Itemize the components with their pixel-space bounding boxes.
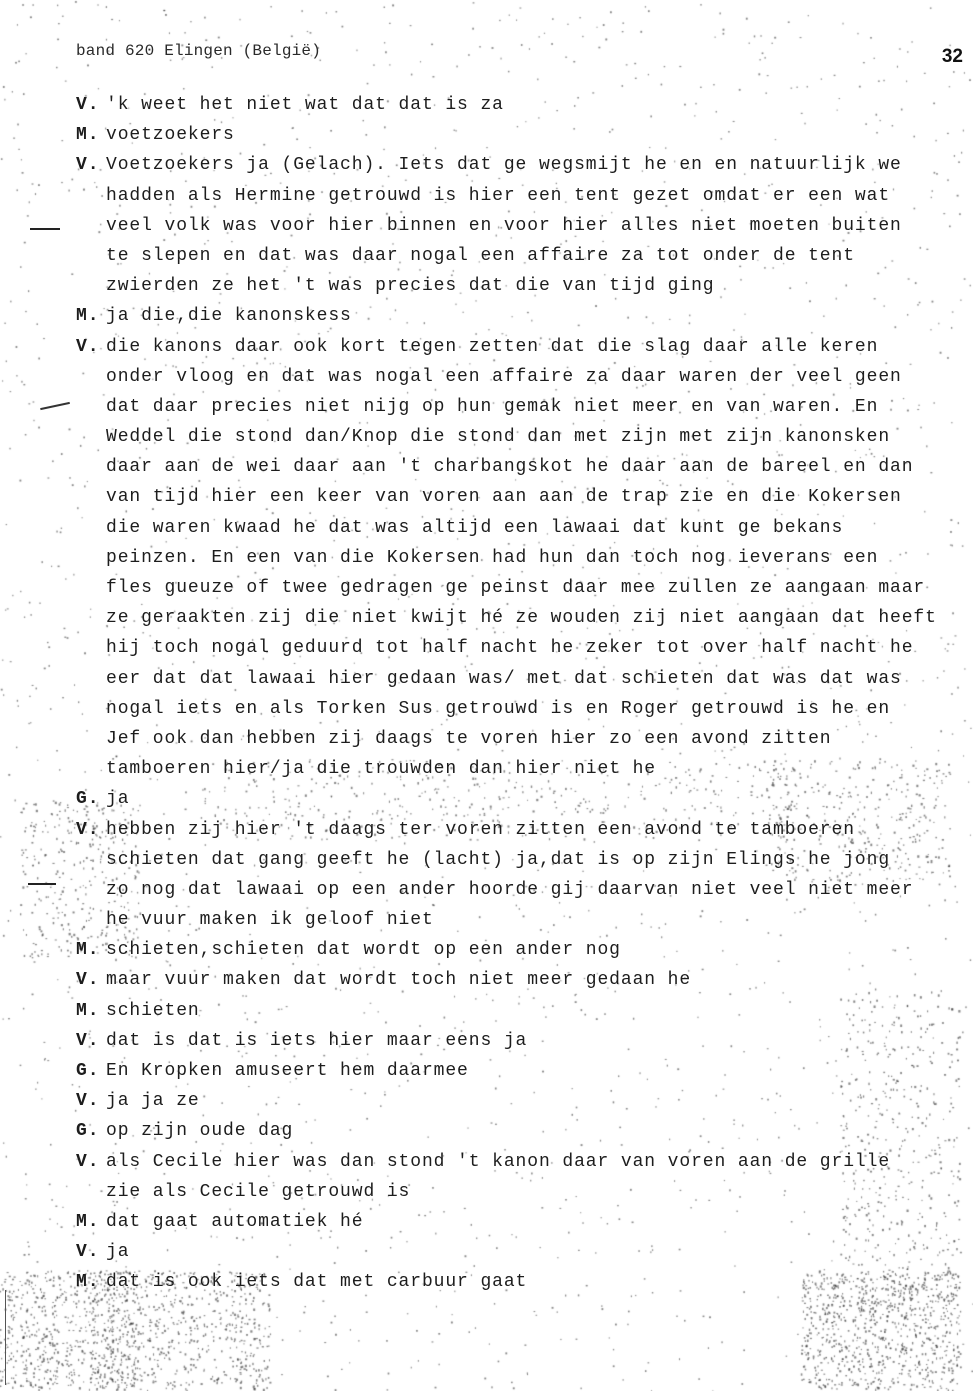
utterance-text: schieten bbox=[106, 1001, 200, 1021]
transcript-line: eer dat dat lawaai hier gedaan was/ met … bbox=[76, 664, 973, 694]
utterance-text: Jef ook dan hebben zij daags te voren hi… bbox=[106, 729, 832, 749]
utterance-text: hadden als Hermine getrouwd is hier een … bbox=[106, 186, 890, 206]
utterance-text: schieten dat gang geeft he (lacht) ja,da… bbox=[106, 850, 890, 870]
transcript-line: G.op zijn oude dag bbox=[76, 1116, 973, 1146]
utterance-text: 'k weet het niet wat dat dat is za bbox=[106, 95, 504, 115]
utterance-text: die kanons daar ook kort tegen zetten da… bbox=[106, 337, 878, 357]
utterance-text: ja die,die kanonskess bbox=[106, 306, 352, 326]
utterance-text: daar aan de wei daar aan 't charbangskot… bbox=[106, 457, 913, 477]
margin-mark bbox=[28, 883, 56, 885]
speaker-label: V. bbox=[76, 332, 106, 362]
transcript-page: band 620 Elingen (België) 32 V.'k weet h… bbox=[0, 0, 973, 1391]
utterance-text: he vuur maken ik geloof niet bbox=[106, 910, 434, 930]
utterance-text: onder vloog en dat was nogal een affaire… bbox=[106, 367, 902, 387]
transcript-line: fles gueuze of twee gedragen ge peinst d… bbox=[76, 573, 973, 603]
transcript-line: M.dat gaat automatiek hé bbox=[76, 1207, 973, 1237]
utterance-text: dat is ook iets dat met carbuur gaat bbox=[106, 1272, 527, 1292]
transcript-line: V.hebben zij hier 't daags ter voren zit… bbox=[76, 815, 973, 845]
utterance-text: maar vuur maken dat wordt toch niet meer… bbox=[106, 970, 691, 990]
utterance-text: ja bbox=[106, 1242, 129, 1262]
transcript-line: M.voetzoekers bbox=[76, 120, 973, 150]
utterance-text: veel volk was voor hier binnen en voor h… bbox=[106, 216, 902, 236]
transcript-line: V.Voetzoekers ja (Gelach). Iets dat ge w… bbox=[76, 150, 973, 180]
utterance-text: ja ja ze bbox=[106, 1091, 200, 1111]
transcript-line: V.dat is dat is iets hier maar eens ja bbox=[76, 1026, 973, 1056]
speaker-label: V. bbox=[76, 1086, 106, 1116]
transcript-line: he vuur maken ik geloof niet bbox=[76, 905, 973, 935]
transcript-line: zwierden ze het 't was precies dat die v… bbox=[76, 271, 973, 301]
document-header: band 620 Elingen (België) bbox=[76, 42, 321, 60]
transcript-line: V.als Cecile hier was dan stond 't kanon… bbox=[76, 1147, 973, 1177]
transcript-line: M.ja die,die kanonskess bbox=[76, 301, 973, 331]
transcript-line: M.dat is ook iets dat met carbuur gaat bbox=[76, 1267, 973, 1297]
transcript-line: G.ja bbox=[76, 784, 973, 814]
utterance-text: zo nog dat lawaai op een ander hoorde gi… bbox=[106, 880, 913, 900]
utterance-text: te slepen en dat was daar nogal een affa… bbox=[106, 246, 855, 266]
transcript-line: te slepen en dat was daar nogal een affa… bbox=[76, 241, 973, 271]
speaker-label: G. bbox=[76, 1116, 106, 1146]
transcript-line: Jef ook dan hebben zij daags te voren hi… bbox=[76, 724, 973, 754]
transcript-line: V.'k weet het niet wat dat dat is za bbox=[76, 90, 973, 120]
utterance-text: tamboeren hier/ja die trouwden dan hier … bbox=[106, 759, 656, 779]
utterance-text: hij toch nogal geduurd tot half nacht he… bbox=[106, 638, 913, 658]
page-number: 32 bbox=[942, 46, 963, 68]
utterance-text: eer dat dat lawaai hier gedaan was/ met … bbox=[106, 669, 902, 689]
transcript-line: hadden als Hermine getrouwd is hier een … bbox=[76, 181, 973, 211]
transcript-line: V.ja ja ze bbox=[76, 1086, 973, 1116]
transcript-line: V.die kanons daar ook kort tegen zetten … bbox=[76, 332, 973, 362]
transcript-line: tamboeren hier/ja die trouwden dan hier … bbox=[76, 754, 973, 784]
transcript-line: zie als Cecile getrouwd is bbox=[76, 1177, 973, 1207]
transcript-line: veel volk was voor hier binnen en voor h… bbox=[76, 211, 973, 241]
margin-mark bbox=[30, 228, 60, 230]
speaker-label: M. bbox=[76, 1207, 106, 1237]
speaker-label: M. bbox=[76, 1267, 106, 1297]
transcript-line: dat daar precies niet nijg op hun gemak … bbox=[76, 392, 973, 422]
utterance-text: op zijn oude dag bbox=[106, 1121, 293, 1141]
utterance-text: ja bbox=[106, 789, 129, 809]
utterance-text: voetzoekers bbox=[106, 125, 235, 145]
transcript-line: van tijd hier een keer van voren aan aan… bbox=[76, 482, 973, 512]
utterance-text: ze geraakten zij die niet kwijt hé ze wo… bbox=[106, 608, 937, 628]
transcript-line: schieten dat gang geeft he (lacht) ja,da… bbox=[76, 845, 973, 875]
speaker-label: V. bbox=[76, 90, 106, 120]
utterance-text: als Cecile hier was dan stond 't kanon d… bbox=[106, 1152, 890, 1172]
transcript-line: Weddel die stond dan/Knop die stond dan … bbox=[76, 422, 973, 452]
utterance-text: fles gueuze of twee gedragen ge peinst d… bbox=[106, 578, 925, 598]
margin-mark bbox=[40, 402, 70, 410]
utterance-text: nogal iets en als Torken Sus getrouwd is… bbox=[106, 699, 890, 719]
transcript-line: V.ja bbox=[76, 1237, 973, 1267]
transcript-line: die waren kwaad he dat was altijd een la… bbox=[76, 513, 973, 543]
speaker-label: M. bbox=[76, 120, 106, 150]
transcript-line: M.schieten,schieten dat wordt op een and… bbox=[76, 935, 973, 965]
transcript-line: daar aan de wei daar aan 't charbangskot… bbox=[76, 452, 973, 482]
transcript-line: peinzen. En een van die Kokersen had hun… bbox=[76, 543, 973, 573]
transcript-line: nogal iets en als Torken Sus getrouwd is… bbox=[76, 694, 973, 724]
transcript-line: M.schieten bbox=[76, 996, 973, 1026]
speaker-label: M. bbox=[76, 935, 106, 965]
speaker-label: G. bbox=[76, 784, 106, 814]
utterance-text: dat gaat automatiek hé bbox=[106, 1212, 363, 1232]
transcript-line: zo nog dat lawaai op een ander hoorde gi… bbox=[76, 875, 973, 905]
transcript-line: hij toch nogal geduurd tot half nacht he… bbox=[76, 633, 973, 663]
speaker-label: V. bbox=[76, 1026, 106, 1056]
utterance-text: En Kropken amuseert hem daarmee bbox=[106, 1061, 469, 1081]
speaker-label: G. bbox=[76, 1056, 106, 1086]
utterance-text: dat daar precies niet nijg op hun gemak … bbox=[106, 397, 878, 417]
utterance-text: van tijd hier een keer van voren aan aan… bbox=[106, 487, 902, 507]
utterance-text: zie als Cecile getrouwd is bbox=[106, 1182, 410, 1202]
utterance-text: schieten,schieten dat wordt op een ander… bbox=[106, 940, 621, 960]
transcript-line: G.En Kropken amuseert hem daarmee bbox=[76, 1056, 973, 1086]
transcript-line: V.maar vuur maken dat wordt toch niet me… bbox=[76, 965, 973, 995]
speaker-label: M. bbox=[76, 996, 106, 1026]
speaker-label: V. bbox=[76, 1147, 106, 1177]
speaker-label: V. bbox=[76, 150, 106, 180]
speaker-label: V. bbox=[76, 1237, 106, 1267]
utterance-text: dat is dat is iets hier maar eens ja bbox=[106, 1031, 527, 1051]
utterance-text: Voetzoekers ja (Gelach). Iets dat ge weg… bbox=[106, 155, 902, 175]
scan-edge-line bbox=[5, 1290, 6, 1385]
speaker-label: M. bbox=[76, 301, 106, 331]
speaker-label: V. bbox=[76, 815, 106, 845]
transcript-line: onder vloog en dat was nogal een affaire… bbox=[76, 362, 973, 392]
transcript-line: ze geraakten zij die niet kwijt hé ze wo… bbox=[76, 603, 973, 633]
utterance-text: peinzen. En een van die Kokersen had hun… bbox=[106, 548, 878, 568]
speaker-label: V. bbox=[76, 965, 106, 995]
utterance-text: Weddel die stond dan/Knop die stond dan … bbox=[106, 427, 890, 447]
utterance-text: die waren kwaad he dat was altijd een la… bbox=[106, 518, 843, 538]
transcript-body: V.'k weet het niet wat dat dat is zaM.vo… bbox=[76, 90, 973, 1298]
utterance-text: zwierden ze het 't was precies dat die v… bbox=[106, 276, 715, 296]
utterance-text: hebben zij hier 't daags ter voren zitte… bbox=[106, 820, 855, 840]
